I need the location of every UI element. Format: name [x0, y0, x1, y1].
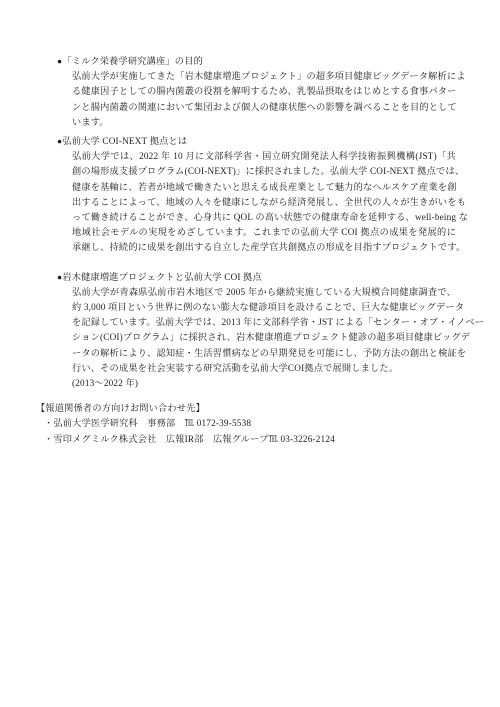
section-body: 弘前大学が実施してきた「岩木健康増進プロジェクト」の超多項目健康ビッグデータ解析… [72, 69, 456, 130]
body-line: ンと腸内菌叢の関連において集団および個人の健康状態への影響を調べることを目的とし… [72, 100, 456, 115]
contact-block: 【報道関係者の方向けお問い合わせ先】 ・弘前大学医学研究科 事務部 ℡ 0172… [36, 401, 456, 447]
body-line: ータの解析により、認知症・生活習慣病などの早期発見を可能にし、予防方法の創出と検… [72, 346, 456, 361]
contact-line: ・弘前大学医学研究科 事務部 ℡ 0172-39-5538 [44, 416, 456, 431]
period-note: (2013～2022 年) [72, 376, 456, 391]
section-iwaki-coi: ●岩木健康増進プロジェクトと弘前大学 COI 拠点 弘前大学が青森県弘前市岩木地… [57, 270, 456, 392]
body-line: ション(COI)プログラム」に採択され、岩木健康増進プロジェクト健診の超多項目健… [72, 330, 456, 345]
document-page: ●「ミルク栄養学研究講座」の目的 弘前大学が実施してきた「岩木健康増進プロジェク… [0, 0, 500, 707]
body-line: 約 3,000 項目という世界に例のない膨大な健診項目を設けることで、巨大な健康… [72, 300, 456, 315]
section-heading: ●弘前大学 COI-NEXT 拠点とは [57, 134, 456, 149]
body-line: 弘前大学では、2022 年 10 月に文部科学省・国立研究開発法人科学技術振興機… [72, 149, 456, 164]
body-line: 弘前大学が実施してきた「岩木健康増進プロジェクト」の超多項目健康ビッグデータ解析… [72, 69, 456, 84]
section-heading-text: 「ミルク栄養学研究講座」の目的 [62, 56, 203, 66]
body-line: 承継し、持続的に成果を創出する自立した産学官共創拠点の形成を目指すプロジェクトで… [72, 240, 456, 255]
section-heading-text: 岩木健康増進プロジェクトと弘前大学 COI 拠点 [62, 272, 262, 282]
contact-line: ・雪印メグミルク株式会社 広報IR部 広報グループ℡ 03-3226-2124 [44, 432, 456, 447]
body-line: います。 [72, 115, 456, 130]
body-line: 創の場形成支援プログラム(COI-NEXT)」に採択されました。弘前大学 COI… [72, 164, 456, 179]
body-line: 健康を基軸に、若者が地域で働きたいと思える成長産業として魅力的なヘルスケア産業を… [72, 180, 456, 195]
section-heading: ●岩木健康増進プロジェクトと弘前大学 COI 拠点 [57, 270, 456, 285]
section-coi-next: ●弘前大学 COI-NEXT 拠点とは 弘前大学では、2022 年 10 月に文… [57, 134, 456, 256]
section-body: 弘前大学では、2022 年 10 月に文部科学省・国立研究開発法人科学技術振興機… [72, 149, 456, 255]
body-line: 地域社会モデルの実現をめざしています。これまでの弘前大学 COI 拠点の成果を発… [72, 225, 456, 240]
body-line: る健康因子としての腸内菌叢の役割を解明するため、乳製品摂取をはじめとする食事パタ… [72, 84, 456, 99]
section-heading: ●「ミルク栄養学研究講座」の目的 [57, 54, 456, 69]
body-line: って働き続けることができ、心身共に QOL の高い状態での健康寿命を延伸する、w… [72, 210, 456, 225]
body-line: 弘前大学が青森県弘前市岩木地区で 2005 年から継続実施している大規模合同健康… [72, 285, 456, 300]
section-body: 弘前大学が青森県弘前市岩木地区で 2005 年から継続実施している大規模合同健康… [72, 285, 456, 391]
section-milk-course-purpose: ●「ミルク栄養学研究講座」の目的 弘前大学が実施してきた「岩木健康増進プロジェク… [57, 54, 456, 130]
contact-heading: 【報道関係者の方向けお問い合わせ先】 [36, 401, 456, 416]
body-line: を記録しています。弘前大学では、2013 年に文部科学省・JST による「センタ… [72, 315, 456, 330]
body-line: 行い、その成果を社会実装する研究活動を弘前大学COI拠点で展開しました。 [72, 361, 456, 376]
body-line: 出することによって、地域の人々を健康にしながら経済発展し、全世代の人々が生きがい… [72, 195, 456, 210]
section-heading-text: 弘前大学 COI-NEXT 拠点とは [62, 136, 187, 146]
